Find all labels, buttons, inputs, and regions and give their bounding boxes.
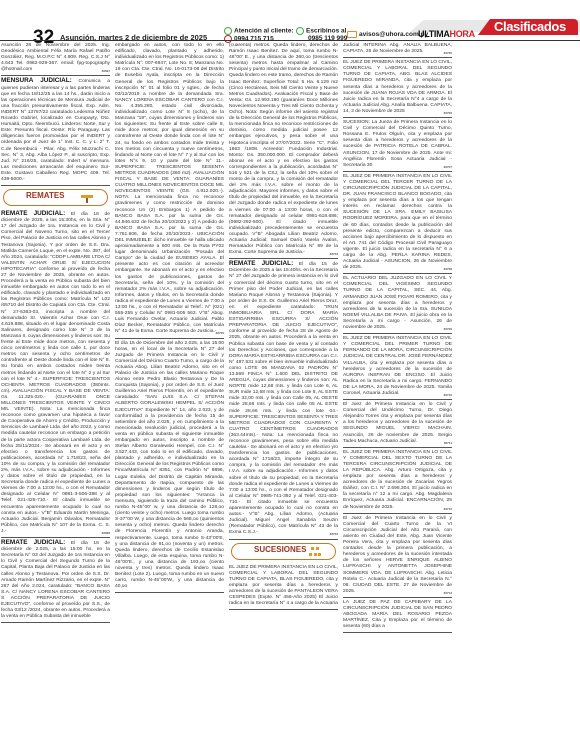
brand-logo: ULTIMAHORA xyxy=(418,29,475,39)
email-contact: avisos@uhora.com.py xyxy=(347,31,428,38)
envelope-icon xyxy=(347,31,357,38)
classifieds-columns-extra xyxy=(0,42,580,756)
whatsapp-phone-icon xyxy=(224,27,232,35)
whatsapp-icon xyxy=(296,27,304,35)
page-header: 32 Asunción, martes 2 de diciembre de 20… xyxy=(0,0,580,40)
section-banner: Clasificados xyxy=(478,19,578,35)
header-rule xyxy=(0,40,580,41)
section-title: Clasificados xyxy=(494,19,566,34)
